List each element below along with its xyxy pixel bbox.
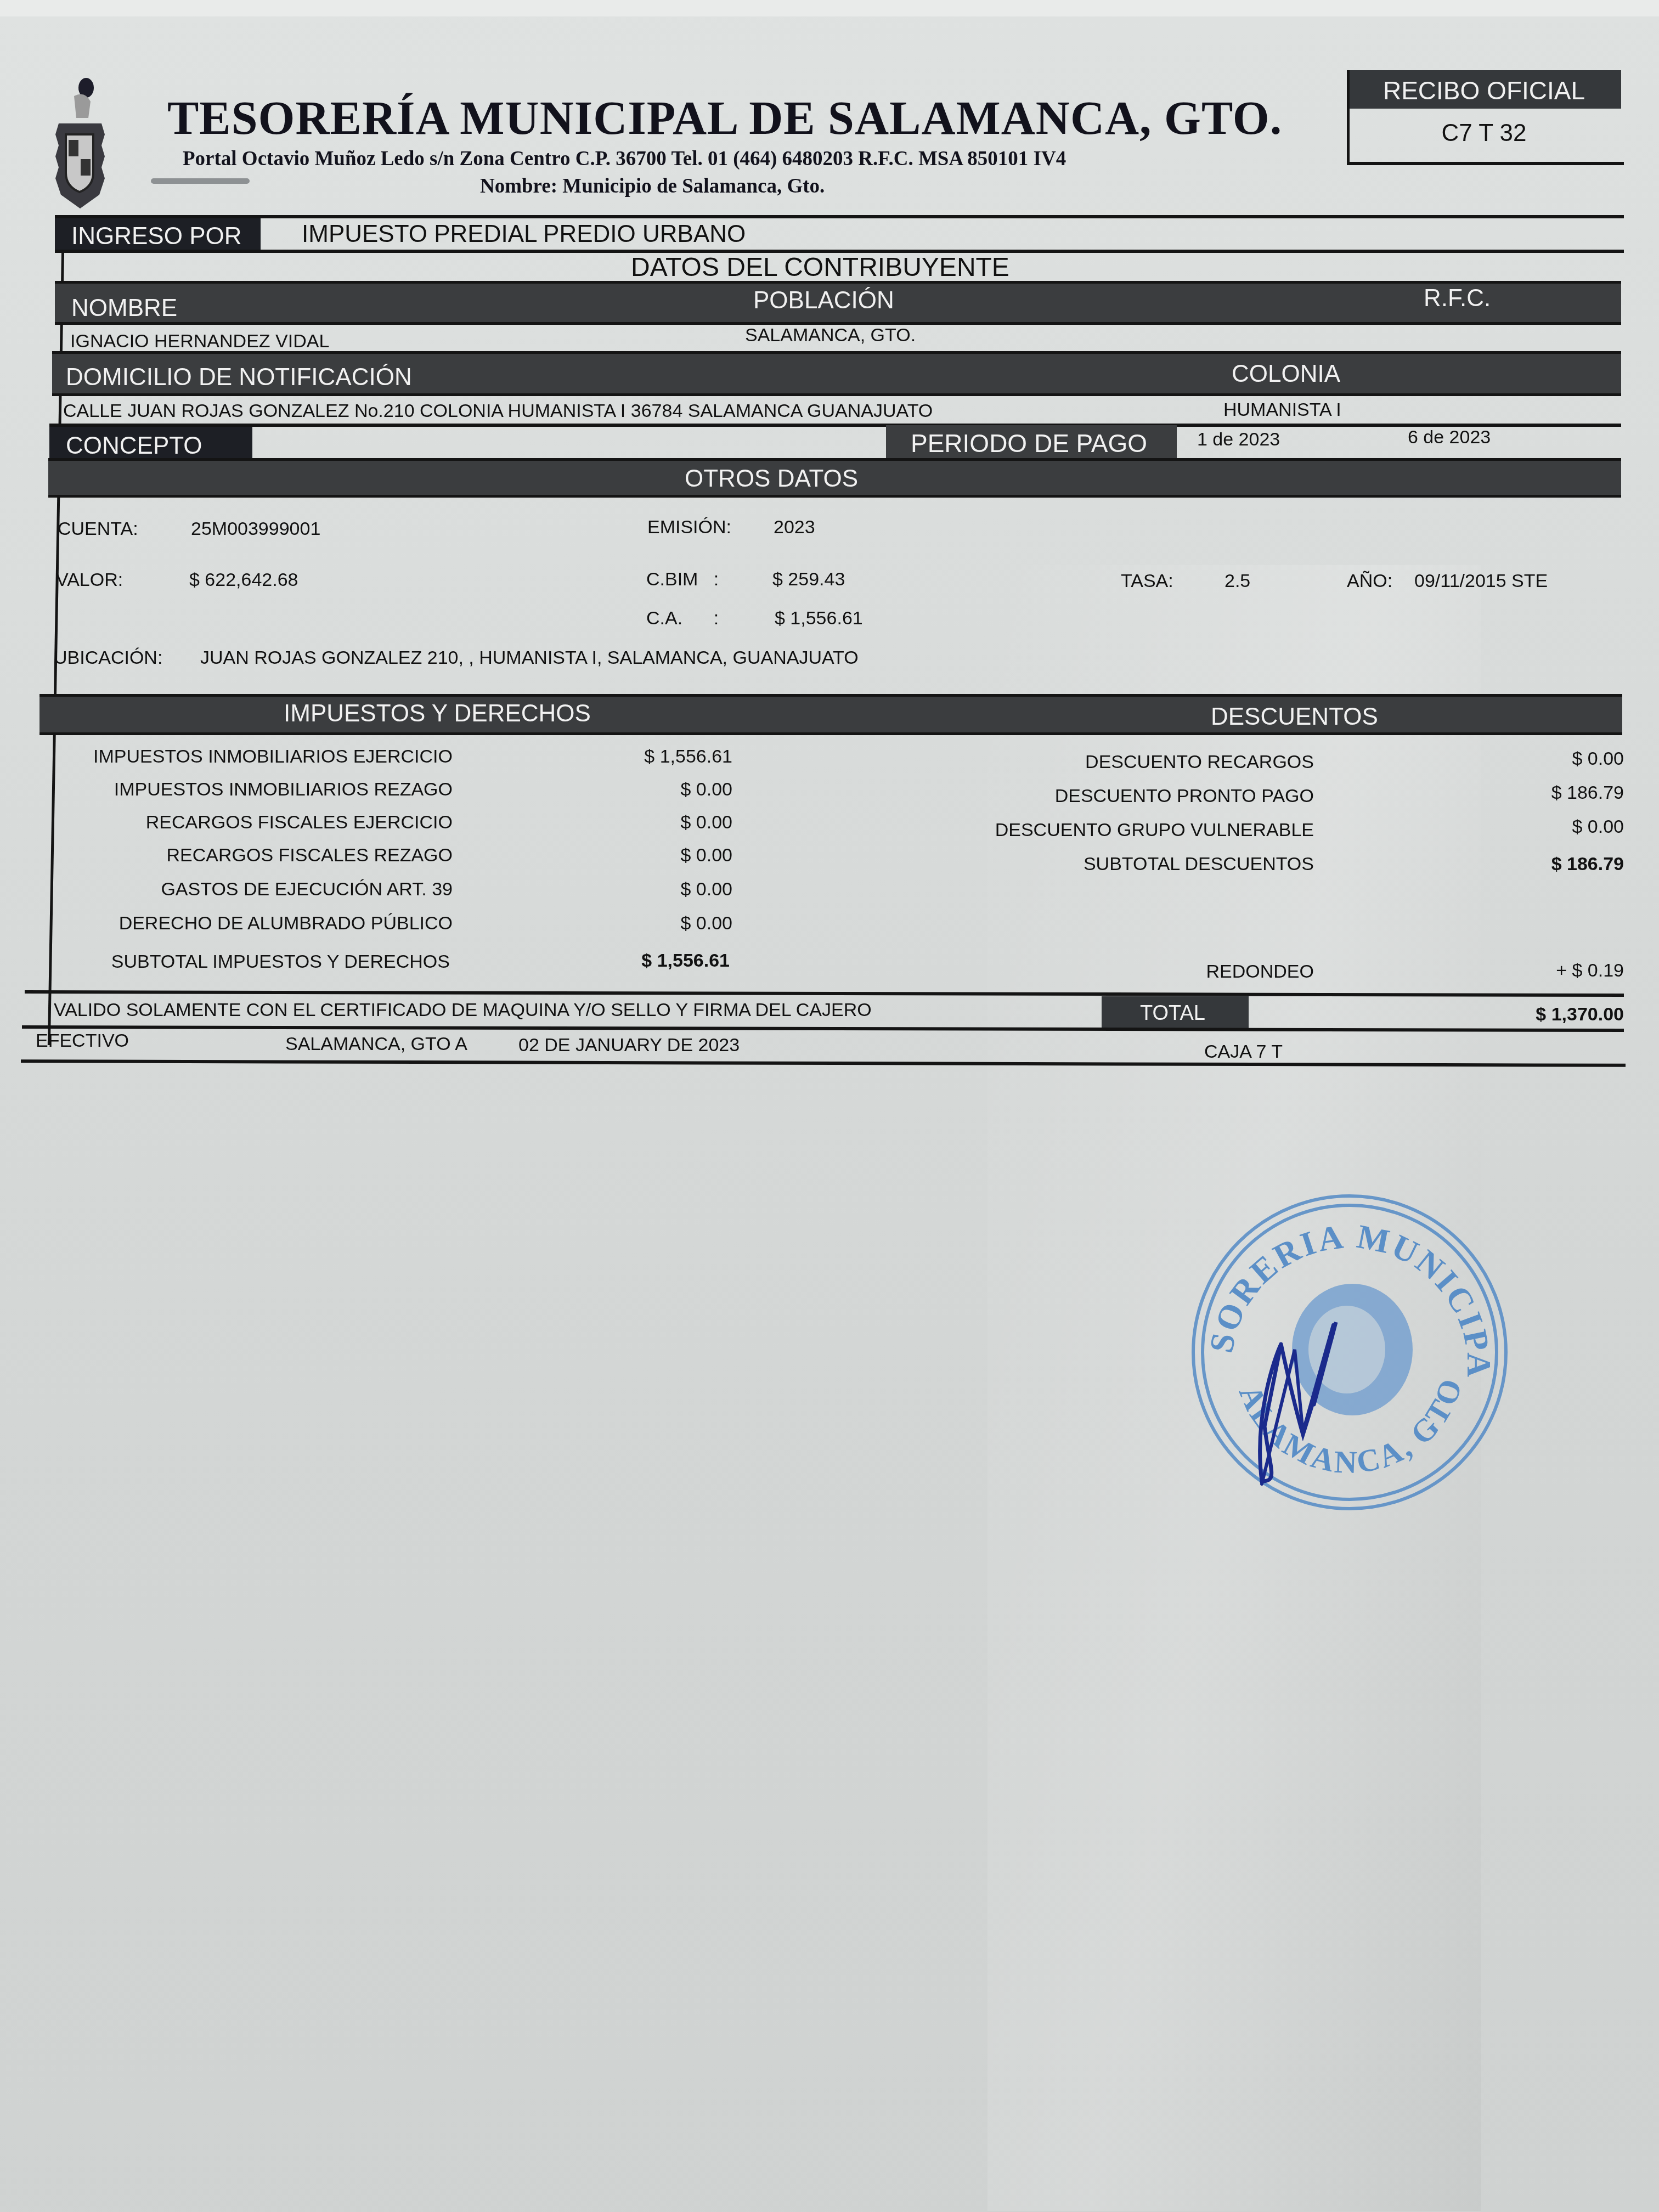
treasury-title: TESORERÍA MUNICIPAL DE SALAMANCA, GTO. [167, 91, 1282, 145]
ingreso-value: IMPUESTO PREDIAL PREDIO URBANO [302, 221, 746, 248]
anio-label: AÑO: [1347, 571, 1392, 592]
colonia-value: HUMANISTA I [1223, 399, 1341, 421]
cbim-value: $ 259.43 [772, 569, 845, 590]
descuentos-subtotal-amount: $ 186.79 [1426, 854, 1624, 875]
redondeo-amount: + $ 0.19 [1426, 960, 1624, 981]
impuestos-row-amount: $ 0.00 [549, 779, 732, 800]
ubicacion-value: JUAN ROJAS GONZALEZ 210, , HUMANISTA I, … [200, 647, 859, 669]
otros-datos-title: OTROS DATOS [685, 465, 858, 493]
descuentos-row-label: DESCUENTO GRUPO VULNERABLE [933, 820, 1314, 841]
poblacion-label: POBLACIÓN [753, 287, 894, 314]
periodo-to: 6 de 2023 [1408, 427, 1491, 448]
tasa-value: 2.5 [1224, 571, 1250, 592]
nombre-value: IGNACIO HERNANDEZ VIDAL [70, 331, 329, 352]
descuentos-row-amount: $ 186.79 [1426, 782, 1624, 804]
impuestos-row-amount: $ 1,556.61 [549, 746, 732, 768]
impuestos-row-label: DERECHO DE ALUMBRADO PÚBLICO [55, 913, 453, 934]
caja-label: CAJA 7 T [1204, 1041, 1283, 1063]
contribuyente-section-title: DATOS DEL CONTRIBUYENTE [631, 252, 1009, 283]
descuentos-subtotal-label: SUBTOTAL DESCUENTOS [933, 854, 1314, 875]
municipality-name: Nombre: Municipio de Salamanca, Gto. [480, 174, 825, 198]
impuestos-subtotal-amount: $ 1,556.61 [549, 950, 730, 972]
ubicacion-label: UBICACIÓN: [54, 647, 162, 669]
receipt-number: C7 T 32 [1347, 120, 1621, 147]
valor-label: VALOR: [56, 569, 123, 591]
receipt-label-bar: RECIBO OFICIAL [1347, 70, 1621, 109]
paper-clip [151, 178, 250, 184]
periodo-label: PERIODO DE PAGO [911, 428, 1147, 458]
impuestos-row-amount: $ 0.00 [549, 812, 732, 833]
ca-value: $ 1,556.61 [775, 608, 863, 629]
validity-note: VALIDO SOLAMENTE CON EL CERTIFICADO DE M… [54, 1000, 872, 1021]
coat-of-arms-icon [52, 71, 107, 219]
poblacion-value: SALAMANCA, GTO. [745, 325, 916, 346]
domicilio-label: DOMICILIO DE NOTIFICACIÓN [66, 364, 412, 391]
rfc-label: R.F.C. [1424, 285, 1491, 312]
cuenta-label: CUENTA: [58, 518, 138, 540]
impuestos-title: IMPUESTOS Y DERECHOS [284, 700, 591, 727]
periodo-from: 1 de 2023 [1197, 429, 1280, 450]
domicilio-value: CALLE JUAN ROJAS GONZALEZ No.210 COLONIA… [63, 400, 933, 422]
impuestos-row-label: RECARGOS FISCALES REZAGO [55, 845, 453, 866]
payment-date: 02 DE JANUARY DE 2023 [518, 1035, 740, 1056]
receipt-box-border [1347, 70, 1350, 165]
descuentos-title: DESCUENTOS [1211, 703, 1378, 731]
otros-datos-header-bar: OTROS DATOS [48, 458, 1621, 498]
payment-method: EFECTIVO [36, 1030, 129, 1052]
ingreso-label-cell: INGRESO POR [55, 218, 261, 252]
impuestos-row-label: GASTOS DE EJECUCIÓN ART. 39 [55, 879, 453, 900]
impuestos-descuentos-header-bar: IMPUESTOS Y DERECHOS DESCUENTOS [39, 694, 1622, 735]
impuestos-row-amount: $ 0.00 [549, 845, 732, 866]
descuentos-row-label: DESCUENTO PRONTO PAGO [933, 786, 1314, 807]
contribuyente-header-bar: NOMBRE POBLACIÓN R.F.C. [55, 281, 1621, 325]
cbim-label: C.BIM : [646, 569, 719, 590]
total-amount: $ 1,370.00 [1426, 1004, 1624, 1025]
concepto-label: CONCEPTO [66, 432, 202, 460]
receipt-label: RECIBO OFICIAL [1347, 76, 1621, 105]
receipt-box-bottom [1347, 162, 1624, 165]
descuentos-row-amount: $ 0.00 [1426, 748, 1624, 770]
concepto-label-cell: CONCEPTO [49, 427, 252, 461]
impuestos-subtotal-label: SUBTOTAL IMPUESTOS Y DERECHOS [55, 951, 450, 973]
total-label: TOTAL [1140, 1002, 1205, 1025]
background-edge [0, 0, 1659, 19]
impuestos-row-label: RECARGOS FISCALES EJERCICIO [55, 812, 453, 833]
redondeo-label: REDONDEO [933, 961, 1314, 983]
tasa-label: TASA: [1121, 571, 1173, 592]
divider [55, 215, 1624, 218]
emision-label: EMISIÓN: [647, 517, 731, 538]
cuenta-value: 25M003999001 [191, 518, 320, 540]
treasury-address: Portal Octavio Muñoz Ledo s/n Zona Centr… [183, 147, 1066, 171]
emision-value: 2023 [774, 517, 815, 538]
impuestos-row-label: IMPUESTOS INMOBILIARIOS REZAGO [55, 779, 453, 800]
colonia-label: COLONIA [1232, 360, 1340, 388]
descuentos-row-amount: $ 0.00 [1426, 816, 1624, 838]
valor-value: $ 622,642.68 [189, 569, 298, 591]
impuestos-row-amount: $ 0.00 [549, 913, 732, 934]
domicilio-header-bar: DOMICILIO DE NOTIFICACIÓN COLONIA [52, 351, 1621, 396]
nombre-label: NOMBRE [71, 295, 177, 322]
descuentos-row-label: DESCUENTO RECARGOS [933, 752, 1314, 773]
ingreso-label: INGRESO POR [71, 223, 242, 250]
impuestos-row-label: IMPUESTOS INMOBILIARIOS EJERCICIO [55, 746, 453, 768]
impuestos-row-amount: $ 0.00 [549, 879, 732, 900]
ca-label: C.A. : [646, 608, 719, 629]
divider [49, 424, 1621, 427]
anio-value: 09/11/2015 STE [1414, 571, 1548, 592]
seal-stamp-icon: TESORERIA MUNICIPAL SALAMANCA, GTO. [1171, 1185, 1528, 1525]
periodo-label-cell: PERIODO DE PAGO [886, 425, 1177, 459]
total-label-cell: TOTAL [1102, 996, 1249, 1029]
place-prefix: SALAMANCA, GTO A [285, 1034, 467, 1055]
